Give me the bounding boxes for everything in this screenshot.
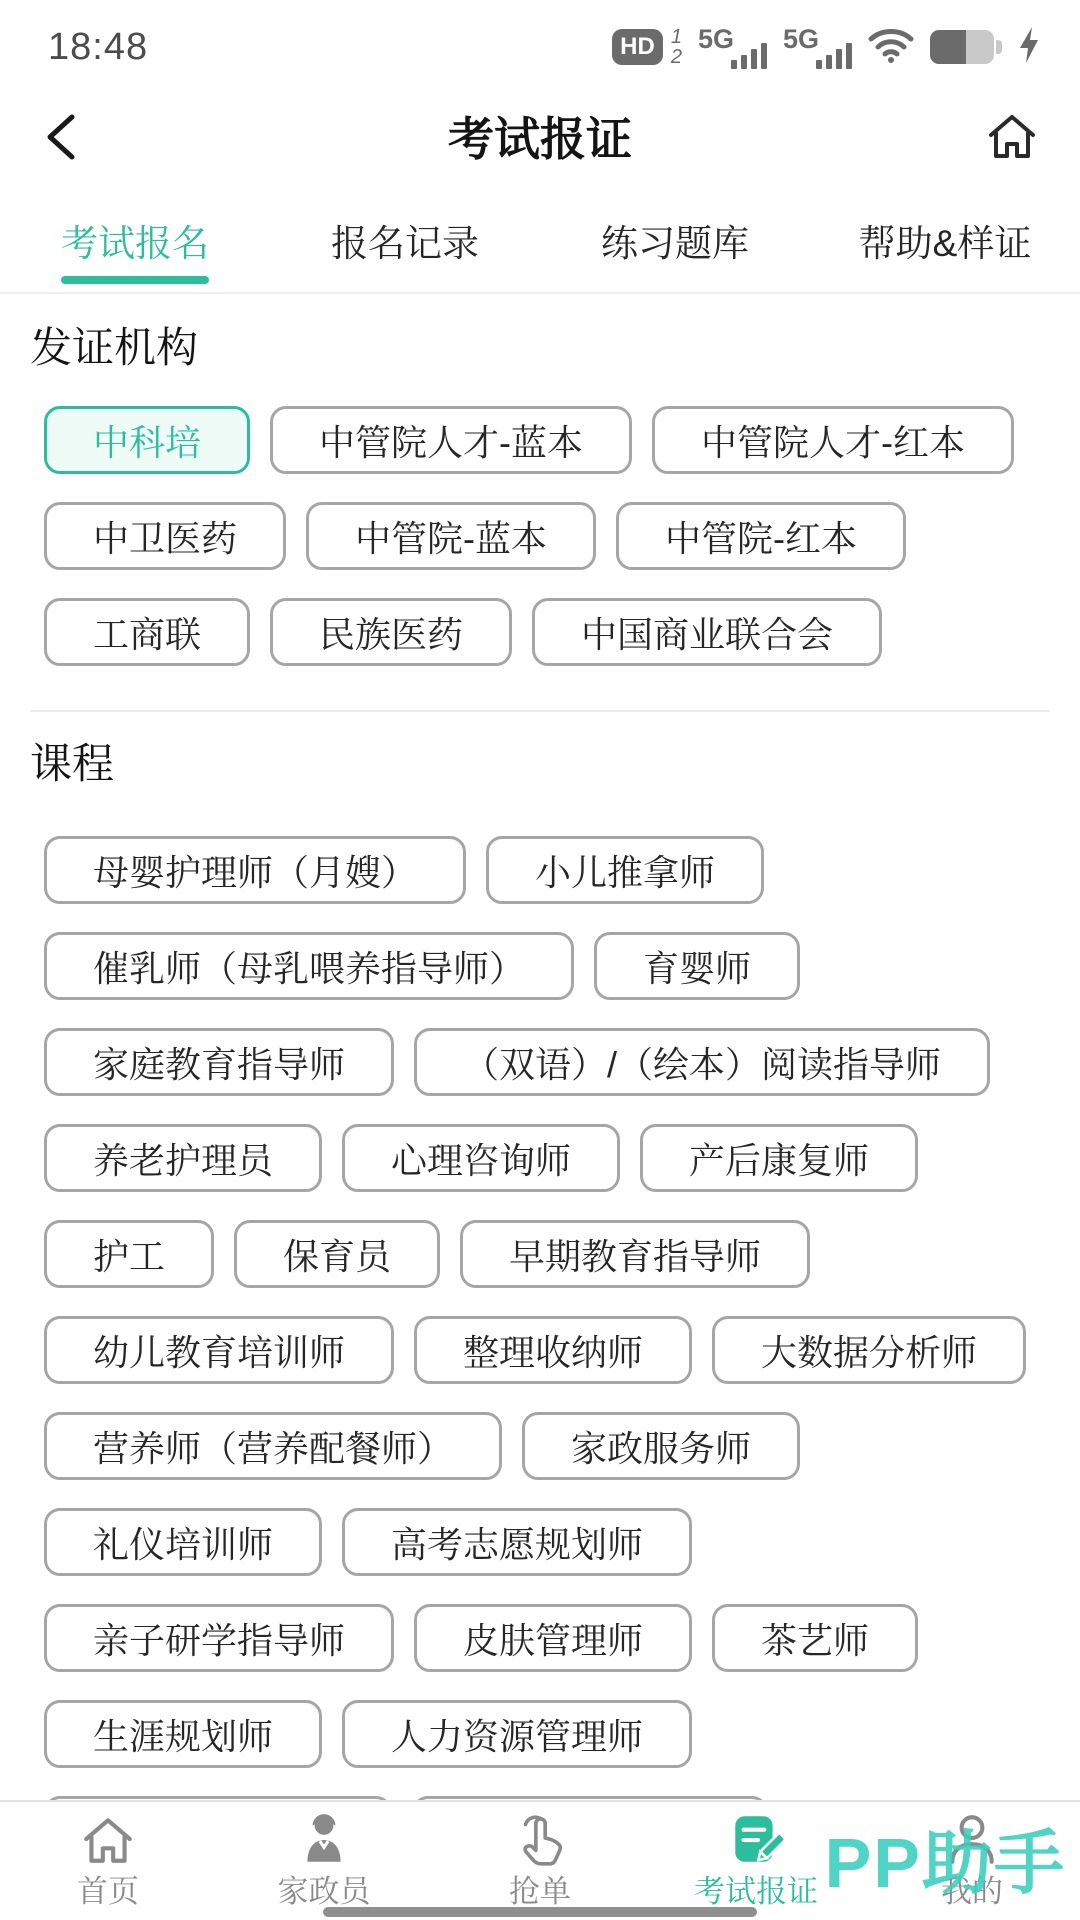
chip-row: 工商联民族医药中国商业联合会 (44, 598, 1050, 666)
exam-doc-icon (727, 1810, 785, 1873)
network-type-label: 5G (698, 26, 734, 53)
user-icon (943, 1810, 1001, 1873)
chip-row: 中科培中管院人才-蓝本中管院人才-红本 (44, 406, 1050, 474)
sim1-label: 1 (671, 27, 682, 47)
network-type-label: 5G (783, 26, 819, 53)
chip-营养师（营养配餐师）[interactable]: 营养师（营养配餐师） (44, 1412, 502, 1480)
tab-4[interactable]: 帮助&样证 (810, 188, 1080, 292)
clock: 18:48 (48, 26, 148, 69)
chip-row: 礼仪培训师高考志愿规划师 (44, 1508, 1050, 1576)
chip-（双语）/（绘本）阅读指导师[interactable]: （双语）/（绘本）阅读指导师 (414, 1028, 990, 1096)
course-chip-list: 母婴护理师（月嫂）小儿推拿师催乳师（母乳喂养指导师）育婴师家庭教育指导师（双语）… (30, 836, 1050, 1864)
home-icon (79, 1810, 137, 1873)
nav-label: 首页 (77, 1875, 139, 1909)
chip-茶艺师[interactable]: 茶艺师 (712, 1604, 918, 1672)
chip-礼仪培训师[interactable]: 礼仪培训师 (44, 1508, 322, 1576)
chip-整理收纳师[interactable]: 整理收纳师 (414, 1316, 692, 1384)
chip-民族医药[interactable]: 民族医药 (270, 598, 512, 666)
chip-row: 亲子研学指导师皮肤管理师茶艺师 (44, 1604, 1050, 1672)
chip-row: 催乳师（母乳喂养指导师）育婴师 (44, 932, 1050, 1000)
chip-中国商业联合会[interactable]: 中国商业联合会 (532, 598, 882, 666)
chip-生涯规划师[interactable]: 生涯规划师 (44, 1700, 322, 1768)
nav-item-家政员[interactable]: 家政员 (216, 1802, 432, 1920)
back-button[interactable] (40, 102, 100, 172)
chip-家政服务师[interactable]: 家政服务师 (522, 1412, 800, 1480)
chip-row: 中卫医药中管院-蓝本中管院-红本 (44, 502, 1050, 570)
nav-label: 考试报证 (694, 1875, 818, 1909)
page-title: 考试报证 (0, 103, 1080, 169)
home-indicator[interactable] (323, 1907, 757, 1917)
tab-label: 考试报名 (61, 213, 209, 267)
wifi-icon (868, 27, 914, 68)
chip-早期教育指导师[interactable]: 早期教育指导师 (460, 1220, 810, 1288)
tab-1[interactable]: 考试报名 (0, 188, 270, 292)
issuing-section-title: 发证机构 (30, 324, 1050, 372)
chip-row: 家庭教育指导师（双语）/（绘本）阅读指导师 (44, 1028, 1050, 1096)
chip-中管院人才-蓝本[interactable]: 中管院人才-蓝本 (270, 406, 632, 474)
chip-养老护理员[interactable]: 养老护理员 (44, 1124, 322, 1192)
chip-row: 护工保育员早期教育指导师 (44, 1220, 1050, 1288)
chip-皮肤管理师[interactable]: 皮肤管理师 (414, 1604, 692, 1672)
signal-bars-icon: 5G (783, 26, 852, 69)
issuing-section: 发证机构 中科培中管院人才-蓝本中管院人才-红本中卫医药中管院-蓝本中管院-红本… (0, 324, 1080, 712)
tab-2[interactable]: 报名记录 (270, 188, 540, 292)
chip-护工[interactable]: 护工 (44, 1220, 214, 1288)
nav-label: 我的 (941, 1875, 1003, 1909)
tab-3[interactable]: 练习题库 (540, 188, 810, 292)
issuing-chip-list: 中科培中管院人才-蓝本中管院人才-红本中卫医药中管院-蓝本中管院-红本工商联民族… (30, 406, 1050, 666)
bottom-nav: 首页家政员抢单考试报证我的 (0, 1800, 1080, 1920)
chip-心理咨询师[interactable]: 心理咨询师 (342, 1124, 620, 1192)
sim2-label: 2 (671, 47, 682, 67)
home-button[interactable] (982, 106, 1042, 166)
chevron-left-icon (40, 110, 84, 164)
home-icon (984, 108, 1040, 164)
chip-保育员[interactable]: 保育员 (234, 1220, 440, 1288)
chip-亲子研学指导师[interactable]: 亲子研学指导师 (44, 1604, 394, 1672)
chip-高考志愿规划师[interactable]: 高考志愿规划师 (342, 1508, 692, 1576)
housekeeper-icon (295, 1810, 353, 1873)
tab-label: 报名记录 (331, 213, 479, 267)
status-icons: HD 1 2 5G 5G (612, 26, 1040, 69)
status-bar: 18:48 HD 1 2 5G 5G (0, 0, 1080, 84)
nav-label: 家政员 (278, 1875, 371, 1909)
nav-label: 抢单 (509, 1875, 571, 1909)
chip-row: 母婴护理师（月嫂）小儿推拿师 (44, 836, 1050, 904)
active-tab-underline (61, 276, 209, 284)
battery-icon (930, 30, 1002, 64)
chip-row: 幼儿教育培训师整理收纳师大数据分析师 (44, 1316, 1050, 1384)
chip-中科培[interactable]: 中科培 (44, 406, 250, 474)
chip-育婴师[interactable]: 育婴师 (594, 932, 800, 1000)
signal-bars-icon: 5G (698, 26, 767, 69)
section-divider (30, 710, 1050, 712)
chip-人力资源管理师[interactable]: 人力资源管理师 (342, 1700, 692, 1768)
tap-hand-icon (511, 1810, 569, 1873)
chip-幼儿教育培训师[interactable]: 幼儿教育培训师 (44, 1316, 394, 1384)
tab-label: 练习题库 (601, 213, 749, 267)
nav-item-抢单[interactable]: 抢单 (432, 1802, 648, 1920)
tab-bar: 考试报名报名记录练习题库帮助&样证 (0, 188, 1080, 294)
chip-中管院人才-红本[interactable]: 中管院人才-红本 (652, 406, 1014, 474)
chip-row: 营养师（营养配餐师）家政服务师 (44, 1412, 1050, 1480)
charging-bolt-icon (1018, 27, 1040, 68)
nav-item-我的[interactable]: 我的 (864, 1802, 1080, 1920)
nav-item-首页[interactable]: 首页 (0, 1802, 216, 1920)
hd-icon: HD (612, 29, 663, 65)
sim-slots: 1 2 (671, 27, 682, 67)
chip-家庭教育指导师[interactable]: 家庭教育指导师 (44, 1028, 394, 1096)
chip-产后康复师[interactable]: 产后康复师 (640, 1124, 918, 1192)
chip-row: 生涯规划师人力资源管理师 (44, 1700, 1050, 1768)
chip-大数据分析师[interactable]: 大数据分析师 (712, 1316, 1026, 1384)
chip-中管院-蓝本[interactable]: 中管院-蓝本 (306, 502, 596, 570)
chip-母婴护理师（月嫂）[interactable]: 母婴护理师（月嫂） (44, 836, 466, 904)
course-section: 课程 母婴护理师（月嫂）小儿推拿师催乳师（母乳喂养指导师）育婴师家庭教育指导师（… (0, 740, 1080, 1864)
chip-催乳师（母乳喂养指导师）[interactable]: 催乳师（母乳喂养指导师） (44, 932, 574, 1000)
chip-中卫医药[interactable]: 中卫医药 (44, 502, 286, 570)
course-section-title: 课程 (30, 740, 1050, 788)
header: 考试报证 (0, 84, 1080, 188)
tab-label: 帮助&样证 (859, 213, 1032, 267)
chip-中管院-红本[interactable]: 中管院-红本 (616, 502, 906, 570)
chip-row: 养老护理员心理咨询师产后康复师 (44, 1124, 1050, 1192)
nav-item-考试报证[interactable]: 考试报证 (648, 1802, 864, 1920)
chip-工商联[interactable]: 工商联 (44, 598, 250, 666)
chip-小儿推拿师[interactable]: 小儿推拿师 (486, 836, 764, 904)
